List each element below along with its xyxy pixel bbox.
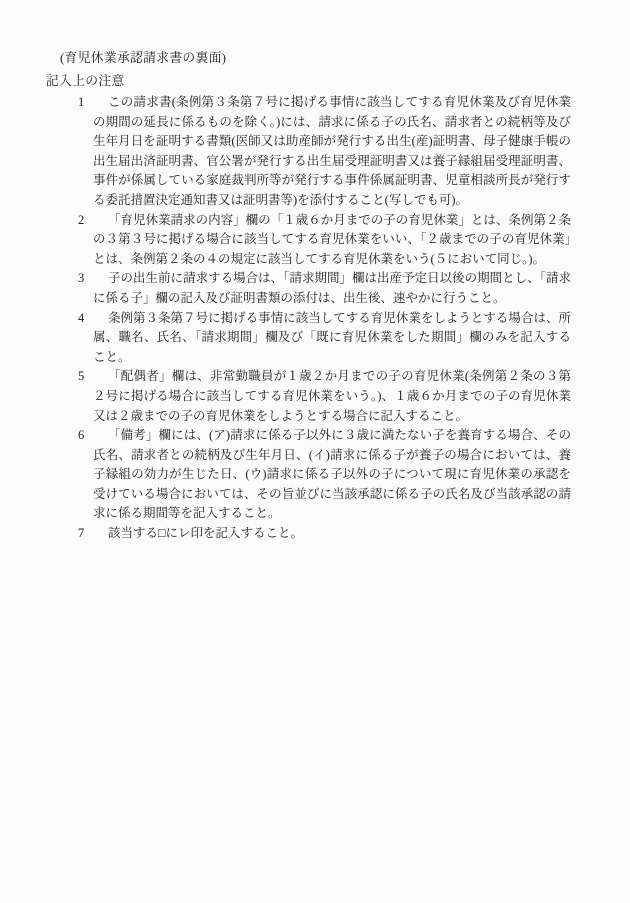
note-item-5: 5 「配偶者」欄は、非常勤職員が１歳２か月までの子の育児休業(条例第２条の３第２… [93,367,571,426]
note-number: 7 [78,524,93,544]
note-item-4: 4 条例第３条第７号に掲げる事情に該当してする育児休業をしようとする場合は、所属… [93,309,571,368]
notes-heading: 記入上の注意 [46,73,630,90]
notes-list: 1 この請求書(条例第３条第７号に掲げる事情に該当してする育児休業及び育児休業の… [93,93,571,544]
note-text: 「配偶者」欄は、非常勤職員が１歳２か月までの子の育児休業(条例第２条の３第２号に… [93,367,571,426]
document-page: (育児休業承認請求書の裏面) 記入上の注意 1 この請求書(条例第３条第７号に掲… [0,0,630,903]
note-item-2: 2 「育児休業請求の内容」欄の「１歳６か月までの子の育児休業」とは、条例第２条の… [93,211,571,270]
note-number: 1 [78,93,93,113]
document-back-title: (育児休業承認請求書の裏面) [60,0,630,67]
note-text: 「備考」欄には、(ア)請求に係る子以外に３歳に満たない子を養育する場合、その氏名… [93,426,571,524]
note-item-1: 1 この請求書(条例第３条第７号に掲げる事情に該当してする育児休業及び育児休業の… [93,93,571,211]
note-text: 条例第３条第７号に掲げる事情に該当してする育児休業をしようとする場合は、所属、職… [93,309,571,368]
note-text: 該当する□にレ印を記入すること。 [93,524,571,544]
note-number: 3 [78,269,93,289]
note-text: この請求書(条例第３条第７号に掲げる事情に該当してする育児休業及び育児休業の期間… [93,93,571,211]
note-number: 5 [78,367,93,387]
note-item-7: 7 該当する□にレ印を記入すること。 [93,524,571,544]
note-number: 6 [78,426,93,446]
note-text: 子の出生前に請求する場合は、「請求期間」欄は出産予定日以後の期間とし、「請求に係… [93,269,571,308]
note-number: 4 [78,309,93,329]
note-item-6: 6 「備考」欄には、(ア)請求に係る子以外に３歳に満たない子を養育する場合、その… [93,426,571,524]
note-item-3: 3 子の出生前に請求する場合は、「請求期間」欄は出産予定日以後の期間とし、「請求… [93,269,571,308]
note-number: 2 [78,211,93,231]
note-text: 「育児休業請求の内容」欄の「１歳６か月までの子の育児休業」とは、条例第２条の３第… [93,211,571,270]
